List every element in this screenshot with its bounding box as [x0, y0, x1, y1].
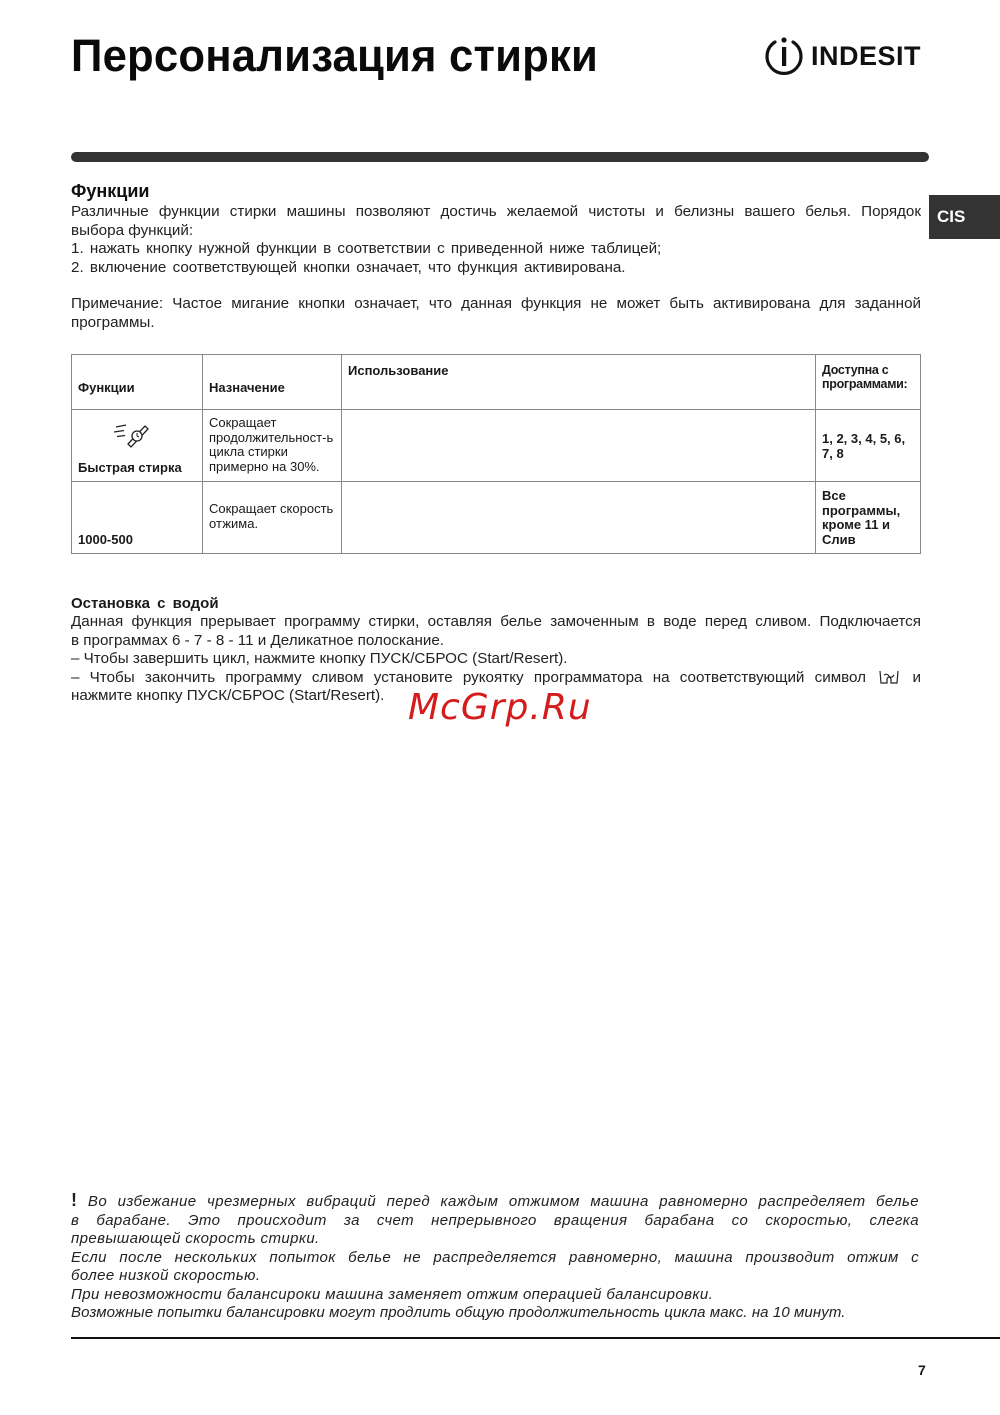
watermark: McGrp.Ru [408, 687, 592, 728]
functions-table: Функции Назначение Использование Доступн… [71, 354, 921, 554]
warning-line: При невозможности балансироки машина зам… [71, 1286, 919, 1305]
header-functions: Функции [72, 355, 203, 410]
usage-cell [342, 482, 816, 554]
indesit-logo: INDESIT [763, 34, 921, 78]
purpose-cell: Сокращает продолжительност-ь цикла стирк… [203, 410, 342, 482]
warning-line: Если после нескольких попыток белье не р… [71, 1249, 919, 1268]
water-stop-heading: Остановка с водой [71, 595, 219, 612]
warning-line: Возможные попытки балансировки могут про… [71, 1304, 919, 1323]
functions-note: Примечание: Частое мигание кнопки означа… [71, 295, 921, 332]
step-2: 2. включение соответствующей кнопки озна… [71, 259, 921, 278]
note-line: программы. [71, 314, 921, 333]
warning-line: превышающей скорость стирки. [71, 1230, 919, 1249]
programs-cell: 1, 2, 3, 4, 5, 6, 7, 8 [816, 410, 921, 482]
header-usage: Использование [342, 355, 816, 410]
indesit-power-i-icon [763, 34, 805, 78]
water-stop-line: – Чтобы закончить программу сливом устан… [71, 669, 921, 688]
functions-heading: Функции [71, 181, 149, 202]
water-stop-line: – Чтобы завершить цикл, нажмите кнопку П… [71, 650, 921, 669]
table-row: Быстрая стирка Сокращает продолжительнос… [72, 410, 921, 482]
water-stop-line: Данная функция прерывает программу стирк… [71, 613, 921, 632]
page-title: Персонализация стирки [71, 30, 598, 82]
warning-line: ! Во избежание чрезмерных вибраций перед… [71, 1191, 919, 1212]
functions-intro: Различные функции стирки машины позволяю… [71, 203, 921, 277]
warning-line: в барабане. Это происходит за счет непре… [71, 1212, 919, 1231]
function-name: Быстрая стирка [78, 460, 182, 475]
page-number: 7 [918, 1362, 926, 1378]
water-stop-line: в программах 6 - 7 - 8 - 11 и Деликатное… [71, 632, 921, 651]
language-tab: CIS [929, 195, 1000, 239]
function-cell: 1000-500 [72, 482, 203, 554]
purpose-cell: Сокращает скорость отжима. [203, 482, 342, 554]
function-cell: Быстрая стирка [72, 410, 203, 482]
function-name: 1000-500 [78, 532, 133, 547]
drain-symbol-icon [878, 669, 900, 685]
header-divider [71, 152, 929, 162]
water-stop-text-part: – Чтобы закончить программу сливом устан… [71, 669, 866, 686]
step-1: 1. нажать кнопку нужной функции в соотве… [71, 240, 921, 259]
exclamation-icon: ! [71, 1190, 77, 1210]
intro-line: Различные функции стирки машины позволяю… [71, 203, 921, 222]
table-header-row: Функции Назначение Использование Доступн… [72, 355, 921, 410]
quick-wash-watch-icon [112, 422, 152, 448]
header-programs: Доступна с программами: [816, 355, 921, 410]
warning-line: более низкой скоростью. [71, 1267, 919, 1286]
header-purpose: Назначение [203, 355, 342, 410]
intro-line: выбора функций: [71, 222, 921, 241]
warning-text: Во избежание чрезмерных вибраций перед к… [88, 1193, 919, 1210]
table-row: 1000-500 Сокращает скорость отжима. Все … [72, 482, 921, 554]
brand-name: INDESIT [811, 41, 921, 72]
usage-cell [342, 410, 816, 482]
warning-note: ! Во избежание чрезмерных вибраций перед… [71, 1191, 919, 1323]
note-line: Примечание: Частое мигание кнопки означа… [71, 295, 921, 314]
footer-divider [71, 1337, 1000, 1339]
water-stop-text-part: и [913, 669, 921, 686]
programs-cell: Все программы, кроме 11 и Слив [816, 482, 921, 554]
